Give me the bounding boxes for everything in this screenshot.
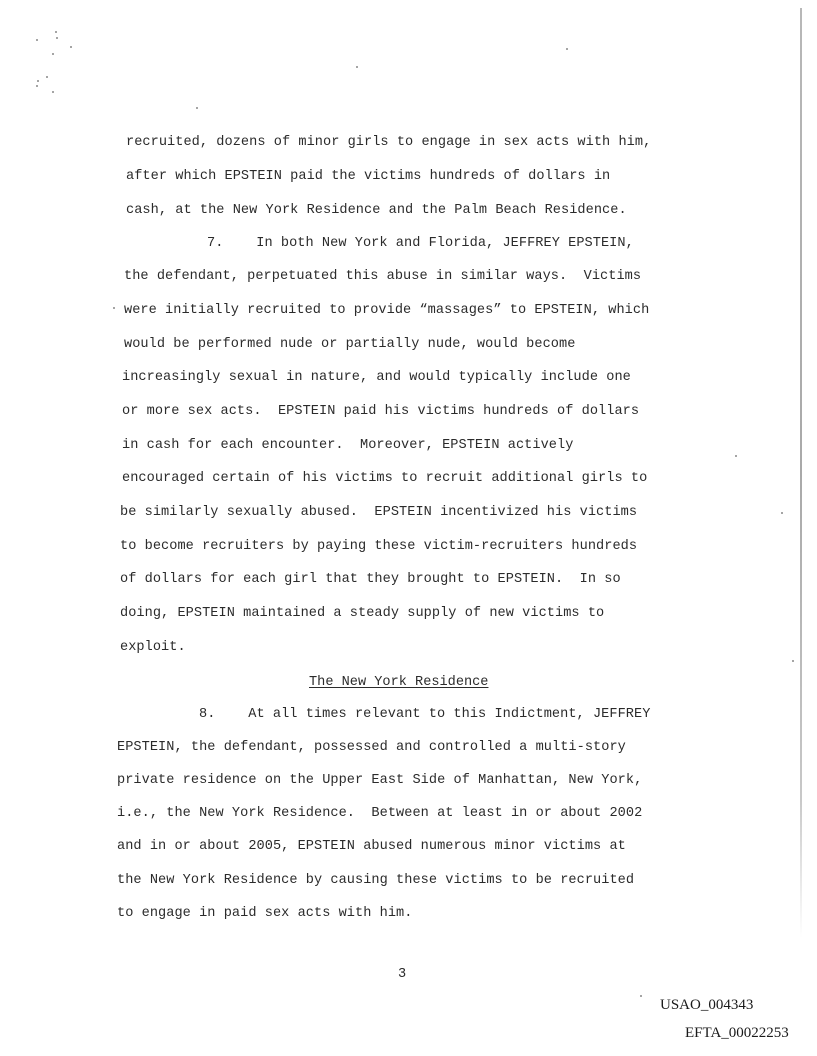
paragraph-7-line: the defendant, perpetuated this abuse in…	[124, 268, 641, 286]
paragraph-8-line: i.e., the New York Residence. Between at…	[117, 805, 642, 823]
scan-speck	[113, 307, 115, 309]
scan-speck	[196, 107, 198, 109]
paragraph-7-line: increasingly sexual in nature, and would…	[122, 369, 631, 387]
bates-number-usao: USAO_004343	[660, 996, 753, 1014]
paragraph-8-line: private residence on the Upper East Side…	[117, 772, 642, 790]
scan-speck	[640, 995, 642, 997]
bates-number-efta: EFTA_00022253	[685, 1024, 789, 1042]
paragraph-7-line: encouraged certain of his victims to rec…	[122, 470, 647, 488]
scan-speck	[566, 48, 568, 50]
scan-speck	[52, 91, 54, 93]
scan-speck	[356, 66, 358, 68]
scan-speck	[46, 76, 48, 78]
scan-speck	[792, 660, 794, 662]
paragraph-6-line: after which EPSTEIN paid the victims hun…	[126, 168, 610, 186]
paragraph-7-line: of dollars for each girl that they broug…	[120, 571, 621, 589]
scan-speck	[52, 53, 54, 55]
scan-speck	[37, 80, 39, 82]
paragraph-6-line: recruited, dozens of minor girls to enga…	[126, 134, 651, 152]
paragraph-7-line: in cash for each encounter. Moreover, EP…	[122, 437, 573, 455]
scan-speck	[781, 512, 783, 514]
scan-speck	[36, 85, 38, 87]
paragraph-7-line: doing, EPSTEIN maintained a steady suppl…	[120, 605, 604, 623]
scan-speck	[36, 39, 38, 41]
paragraph-7-line: be similarly sexually abused. EPSTEIN in…	[120, 504, 637, 522]
paragraph-8-line: EPSTEIN, the defendant, possessed and co…	[117, 739, 626, 757]
paragraph-8-line: to engage in paid sex acts with him.	[117, 905, 412, 923]
paragraph-7-line: were initially recruited to provide “mas…	[124, 302, 649, 320]
paragraph-7-line: would be performed nude or partially nud…	[124, 336, 575, 354]
paragraph-8-line: and in or about 2005, EPSTEIN abused num…	[117, 838, 626, 856]
scan-speck	[735, 455, 737, 457]
paragraph-6-line: cash, at the New York Residence and the …	[126, 202, 627, 220]
page-number: 3	[398, 966, 406, 984]
paragraph-7-line: or more sex acts. EPSTEIN paid his victi…	[122, 403, 639, 421]
document-page: recruited, dozens of minor girls to enga…	[0, 0, 817, 1056]
paragraph-8-line: the New York Residence by causing these …	[117, 872, 634, 890]
section-heading: The New York Residence	[309, 674, 488, 692]
scan-speck	[55, 31, 57, 33]
paragraph-7-line: exploit.	[120, 639, 186, 657]
scan-edge-line	[800, 8, 802, 938]
scan-speck	[56, 37, 58, 39]
paragraph-7-line: to become recruiters by paying these vic…	[120, 538, 637, 556]
paragraph-7-line: 7. In both New York and Florida, JEFFREY…	[207, 235, 634, 253]
scan-speck	[70, 46, 72, 48]
paragraph-8-line: 8. At all times relevant to this Indictm…	[199, 706, 650, 724]
